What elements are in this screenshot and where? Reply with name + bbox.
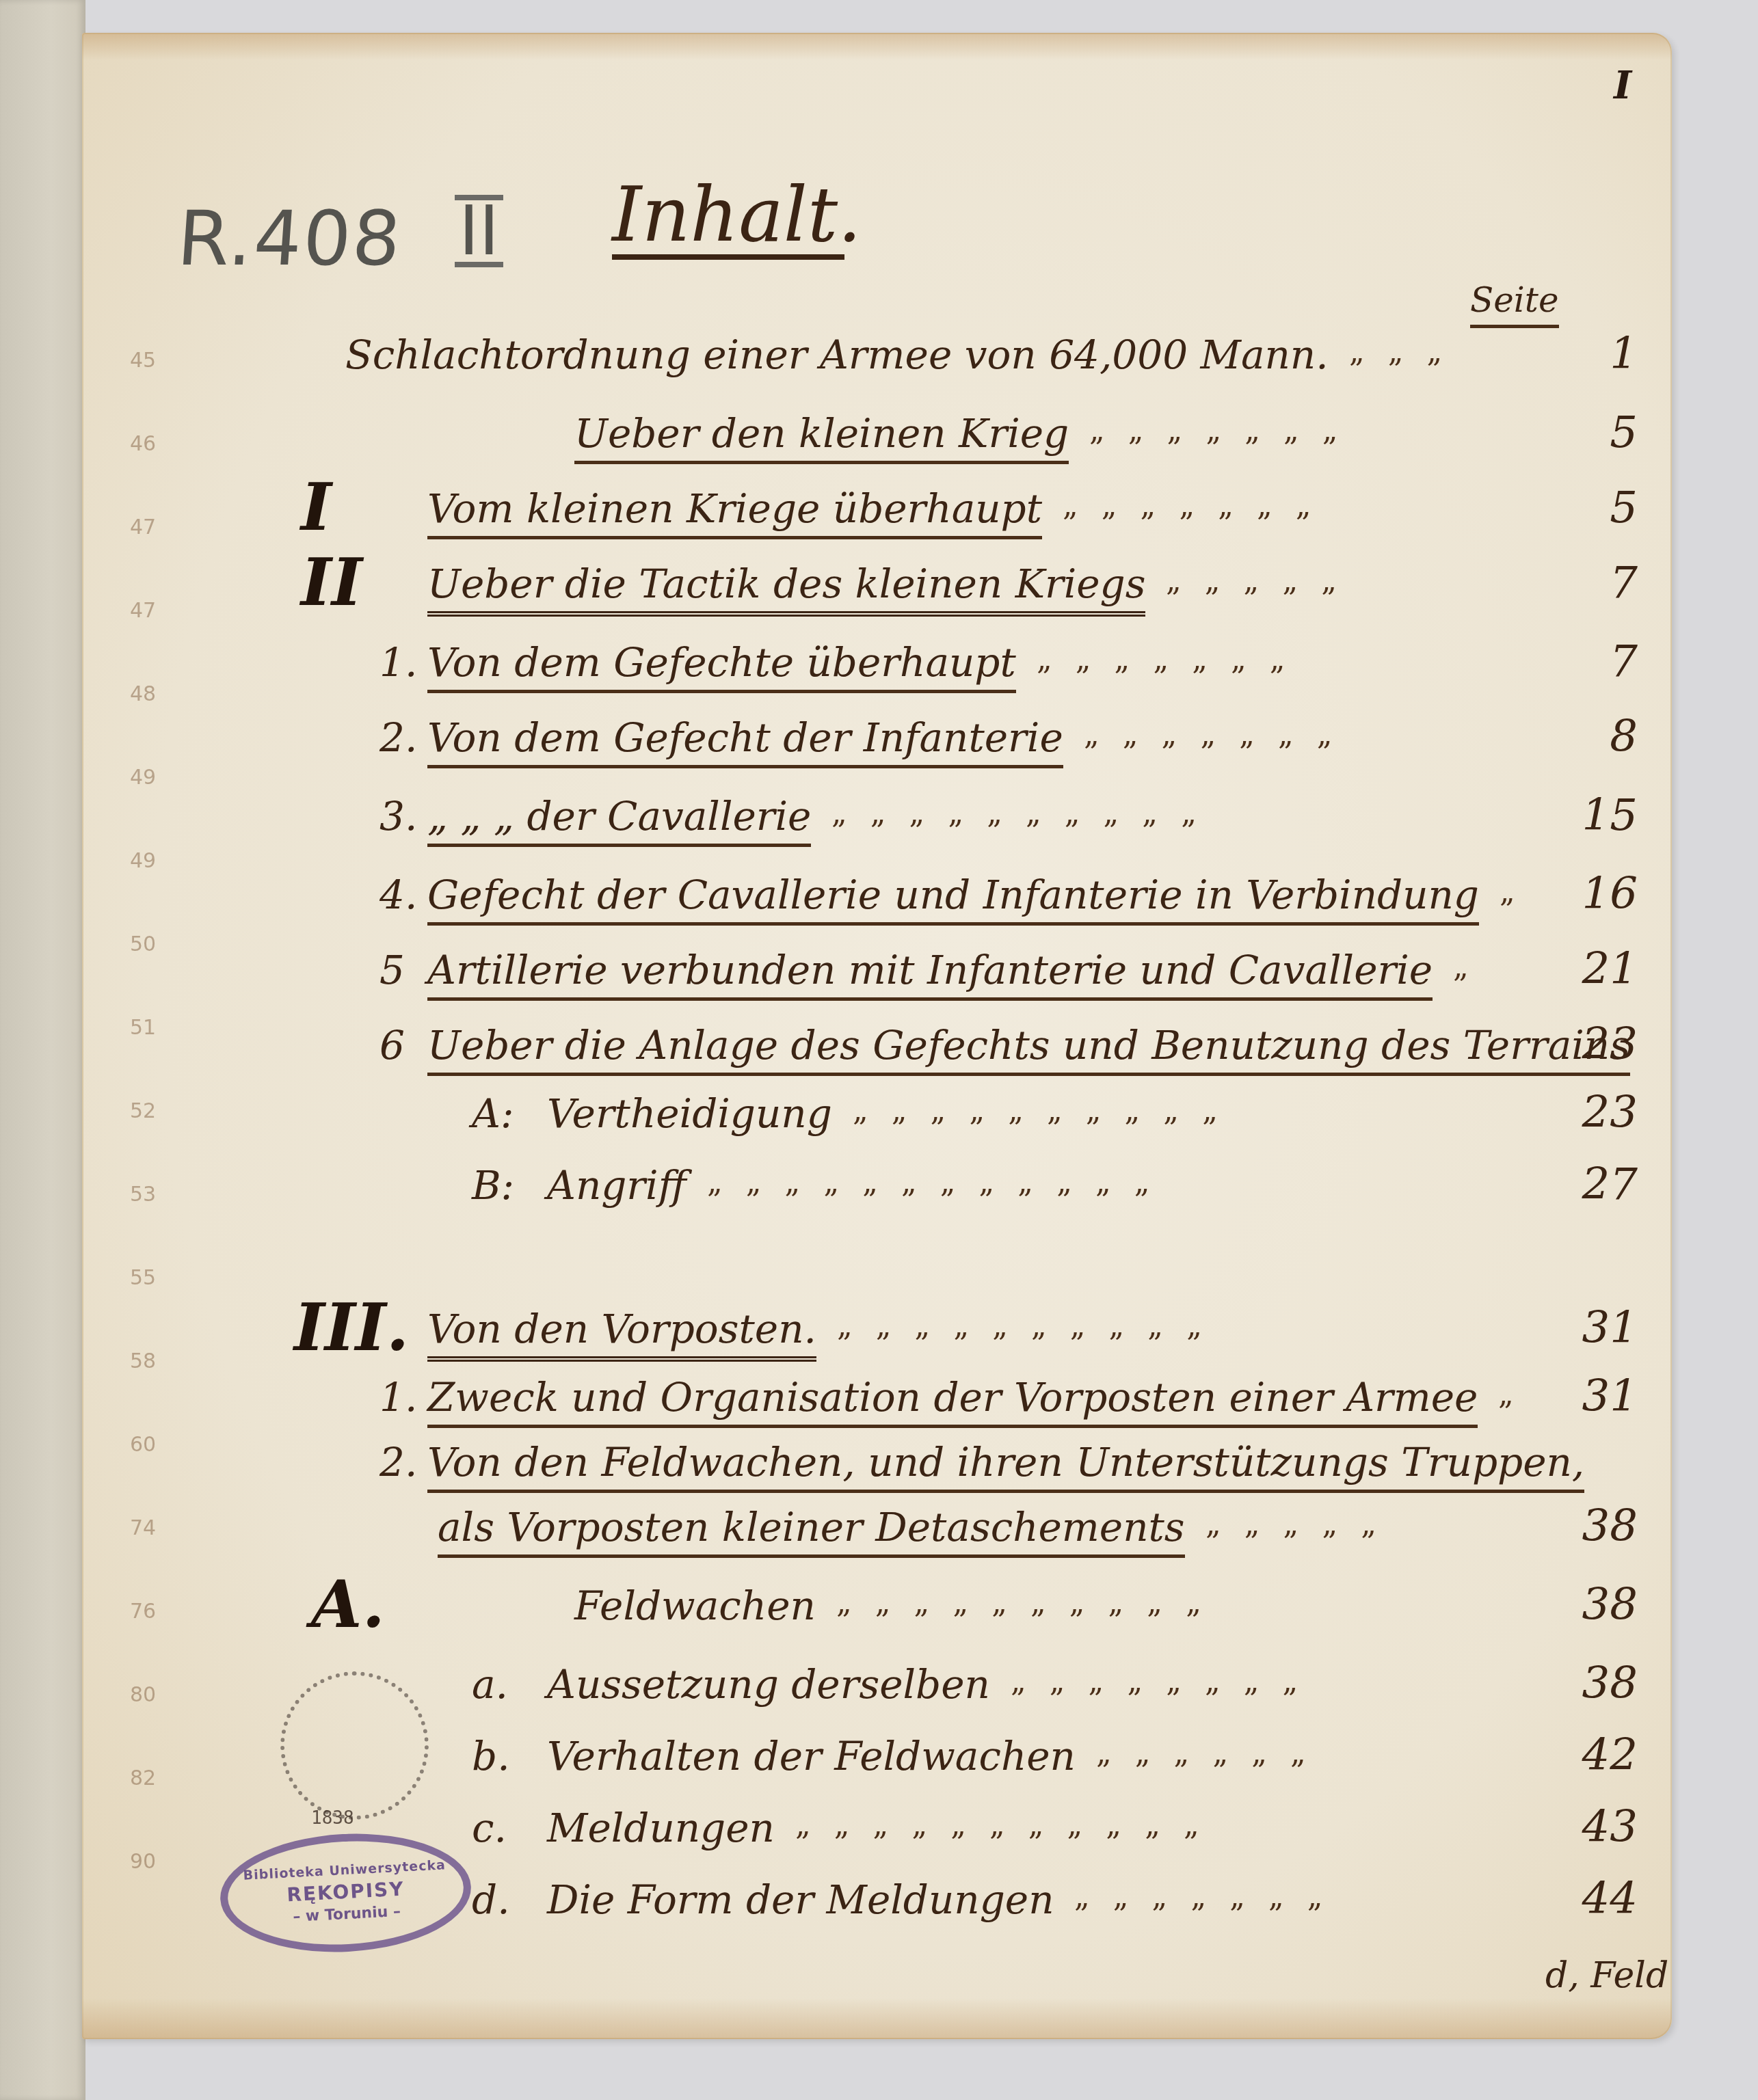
folio-mark: I [1614,63,1632,108]
dotted-leader: „„„ [1349,334,1573,369]
catchword: d, Feld [1545,1955,1668,1996]
entry-title: Zweck und Organisation der Vorposten ein… [427,1374,1478,1428]
dotted-leader: „„„„„ [1166,563,1573,598]
entry-title: Feldwachen [574,1583,816,1629]
entry-number: A: [472,1090,514,1137]
entry-title: Angriff [547,1162,687,1209]
dotted-leader: „„„„„„„ [1063,488,1573,523]
dotted-leader: „„„„„„ [1096,1736,1573,1771]
entry-number: c. [472,1805,507,1851]
shelfmark-volume: II [455,195,503,267]
entry-title: Von dem Gefecht der Infanterie [427,714,1063,768]
entry-number: d. [472,1876,510,1923]
stamp-line-manuscripts: RĘKOPISY [287,1878,405,1907]
title-underline [612,254,844,260]
toc-entry: A.Feldwachen38„„„„„„„„„„ [0,1583,1758,1644]
toc-entry: Ueber den kleinen Krieg5„„„„„„„ [0,410,1758,472]
entry-number: 1. [379,639,417,686]
section-roman-numeral: A. [311,1565,385,1643]
dotted-leader: „„„„„ [1206,1507,1573,1542]
dotted-leader: „„„„„„„„„„ [853,1093,1573,1128]
toc-entry: 1.Zweck und Organisation der Vorposten e… [0,1374,1758,1436]
dotted-leader: „„„„„„„„„„„ [795,1807,1573,1842]
entry-title: Von dem Gefechte überhaupt [427,639,1016,693]
toc-entry: als Vorposten kleiner Detaschements38„„„… [0,1504,1758,1565]
dotted-leader: „„„„„„„„ [1011,1664,1573,1699]
dotted-leader: „ [1453,950,1573,984]
paper-stain-top [82,33,1672,60]
entry-title: Ueber den kleinen Krieg [574,410,1069,464]
dotted-leader: „„„„„„„„„„ [831,796,1573,831]
toc-entry: IIUeber die Tactik des kleinen Kriegs7„„… [0,561,1758,622]
entry-number: 1. [379,1374,417,1421]
toc-entry: B:Angriff27„„„„„„„„„„„„ [0,1162,1758,1224]
entry-number: 6 [379,1022,405,1068]
dotted-leader: „„„„„„„ [1074,1879,1573,1914]
entry-title: Von den Feldwachen, und ihren Unterstütz… [427,1439,1584,1493]
page-title: Inhalt. [612,171,862,258]
toc-entry: 2.Von den Feldwachen, und ihren Unterstü… [0,1439,1758,1500]
round-library-stamp [280,1671,429,1820]
entry-number: B: [472,1162,514,1209]
stamp-line-library: Biblioteka Uniwersytecka [243,1857,446,1883]
toc-entry: 2.Von dem Gefecht der Infanterie8„„„„„„„ [0,714,1758,776]
entry-title: Vertheidigung [547,1090,832,1137]
entry-title: Von den Vorposten. [427,1306,816,1362]
toc-entry: Schlachtordnung einer Armee von 64,000 M… [0,332,1758,393]
entry-number: a. [472,1661,508,1708]
dotted-leader: „„„„„„„„„„ [836,1585,1573,1620]
dotted-leader: „ [1498,1377,1573,1412]
dotted-leader: „„„„„„„ [1089,413,1573,448]
toc-entry: 4.Gefecht der Cavallerie und Infanterie … [0,872,1758,933]
toc-entry: 1.Von dem Gefechte überhaupt7„„„„„„„ [0,639,1758,701]
toc-entry: 5Artillerie verbunden mit Infanterie und… [0,947,1758,1008]
entry-title: als Vorposten kleiner Detaschements [438,1504,1185,1558]
toc-entry: b.Verhalten der Feldwachen42„„„„„„ [0,1733,1758,1794]
toc-entry: 3.„ „ „ der Cavallerie15„„„„„„„„„„ [0,793,1758,854]
toc-entry: IVom kleinen Kriege überhaupt5„„„„„„„ [0,485,1758,547]
toc-entry: 6Ueber die Anlage des Gefechts und Benut… [0,1022,1758,1083]
entry-number: 5 [379,947,405,993]
dotted-leader: „„„„„„„ [1084,717,1573,752]
entry-title: Die Form der Meldungen [547,1876,1054,1923]
entry-title: „ „ „ der Cavallerie [427,793,811,847]
toc-entry: a.Aussetzung derselben38„„„„„„„„ [0,1661,1758,1723]
section-roman-numeral: II [301,543,362,621]
margin-pencil-number: 55 [130,1266,156,1290]
entry-title: Artillerie verbunden mit Infanterie und … [427,947,1433,1001]
stamp-line-city: – w Toruniu – [293,1903,401,1926]
entry-number: b. [472,1733,510,1779]
page-column-header-underline [1470,325,1559,328]
entry-title: Verhalten der Feldwachen [547,1733,1076,1779]
toc-entry: III.Von den Vorposten.31„„„„„„„„„„ [0,1306,1758,1367]
entry-title: Ueber die Tactik des kleinen Kriegs [427,561,1145,617]
entry-number: 2. [379,1439,417,1485]
entry-title: Gefecht der Cavallerie und Infanterie in… [427,872,1479,926]
section-roman-numeral: III. [294,1289,409,1366]
paper-stain-bottom [82,1998,1672,2039]
dotted-leader: „„„„„„„„„„„„ [707,1165,1573,1200]
dotted-leader: „ [1500,874,1573,909]
entry-title: Vom kleinen Kriege überhaupt [427,485,1042,539]
dotted-leader: „„„„„„„„„„ [837,1308,1573,1343]
shelfmark: R.408 [175,195,405,282]
toc-entry: A:Vertheidigung23„„„„„„„„„„ [0,1090,1758,1152]
dotted-leader: „„„„„„„ [1037,642,1573,677]
page-column-header: Seite [1470,280,1559,320]
entry-number: 3. [379,793,417,839]
entry-title: Aussetzung derselben [547,1661,990,1708]
round-stamp-year: 1838 [311,1808,354,1829]
entry-number: 2. [379,714,417,761]
entry-title: Meldungen [547,1805,775,1851]
entry-title: Schlachtordnung einer Armee von 64,000 M… [345,332,1329,378]
section-roman-numeral: I [301,468,332,546]
entry-number: 4. [379,872,417,918]
entry-title: Ueber die Anlage des Gefechts und Benutz… [427,1022,1630,1076]
